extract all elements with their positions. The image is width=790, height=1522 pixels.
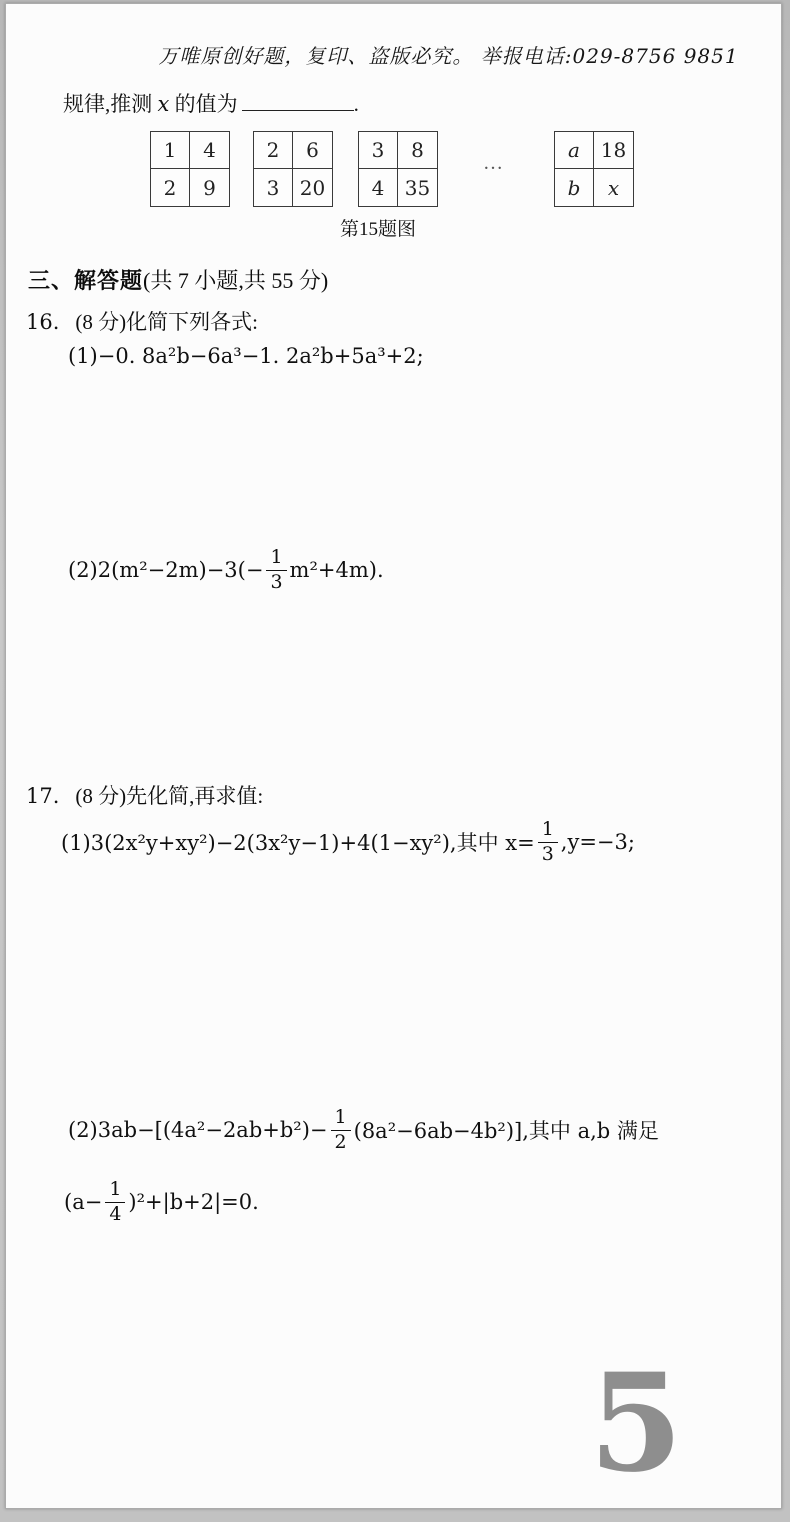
fraction-numerator: 1 <box>266 547 286 571</box>
question17-part2-formula-line2: (a−14)²+|b+2|=0. <box>64 1179 259 1226</box>
grid1-cell-bottom-right: 9 <box>190 169 229 206</box>
grid4-cell-bottom-left: b <box>555 169 594 206</box>
answer-blank-underline <box>242 91 354 111</box>
number-grid-1: 1 4 2 9 <box>150 131 230 207</box>
q17p1-pre: (1)3(2x²y+xy²)−2(3x²y−1)+4(1−xy²),其中 x= <box>61 827 535 857</box>
grid2-cell-top-right: 6 <box>293 132 332 169</box>
figure-caption: 第15题图 <box>258 214 498 241</box>
grid1-cell-bottom-left: 2 <box>151 169 190 206</box>
grids-ellipsis: … <box>483 152 506 175</box>
number-grid-2: 2 6 3 20 <box>253 131 333 207</box>
question17-heading: 17.(8 分)先化简,再求值: <box>26 780 263 810</box>
question16-part2-formula: (2)2(m²−2m)−3(−13m²+4m). <box>68 547 384 594</box>
grid4-cell-top-left: a <box>555 132 594 169</box>
grid4-cell-bottom-right: x <box>594 169 633 206</box>
q17p1-post: ,y=−3; <box>561 830 635 854</box>
fraction-one-third: 13 <box>266 547 286 594</box>
grid3-cell-bottom-left: 4 <box>359 169 398 206</box>
section3-heading: 三、解答题(共 7 小题,共 55 分) <box>28 264 328 295</box>
q17p2b-post: )²+|b+2|=0. <box>128 1190 258 1214</box>
question16-part1-formula: (1)−0. 8a²b−6a³−1. 2a²b+5a³+2; <box>68 344 424 368</box>
grid1-cell-top-right: 4 <box>190 132 229 169</box>
question17-part2-formula-line1: (2)3ab−[(4a²−2ab+b²)−12(8a²−6ab−4b²)],其中… <box>68 1107 659 1154</box>
question15-prompt: 规律,推测 x 的值为. <box>63 88 359 118</box>
fraction-denominator: 4 <box>109 1203 121 1226</box>
question16-heading: 16.(8 分)化简下列各式: <box>26 306 258 336</box>
anti-piracy-notice: 万唯原创好题，复印、盗版必究。 举报电话:029-8756 9851 <box>6 40 781 69</box>
grid2-cell-bottom-left: 3 <box>254 169 293 206</box>
section3-points: (共 7 小题,共 55 分) <box>143 268 328 293</box>
scanned-page-background: 万唯原创好题，复印、盗版必究。 举报电话:029-8756 9851 规律,推测… <box>0 0 790 1522</box>
q17p2a-pre: (2)3ab−[(4a²−2ab+b²)− <box>68 1118 328 1142</box>
grid2-cell-top-left: 2 <box>254 132 293 169</box>
fraction-denominator: 2 <box>335 1131 347 1154</box>
q15-period: . <box>354 92 359 116</box>
q17p2b-pre: (a− <box>64 1190 102 1214</box>
grid3-cell-bottom-right: 35 <box>398 169 437 206</box>
page-number: 5 <box>589 1355 683 1490</box>
fraction-denominator: 3 <box>542 843 554 866</box>
question16-instruction: (8 分)化简下列各式: <box>75 310 258 334</box>
number-grid-4: a 18 b x <box>554 131 634 207</box>
fraction-numerator: 1 <box>538 819 558 843</box>
fraction-one-third: 13 <box>538 819 558 866</box>
fraction-numerator: 1 <box>105 1179 125 1203</box>
grid2-cell-bottom-right: 20 <box>293 169 332 206</box>
section3-title: 三、解答题 <box>28 268 143 293</box>
fraction-numerator: 1 <box>331 1107 351 1131</box>
q15-prompt-post: 的值为 <box>169 92 237 116</box>
q17p2a-post: (8a²−6ab−4b²)],其中 a,b 满足 <box>354 1115 659 1145</box>
grid4-cell-top-right: 18 <box>594 132 633 169</box>
q16p2-post: m²+4m). <box>290 558 384 582</box>
number-grid-3: 3 8 4 35 <box>358 131 438 207</box>
grid3-cell-top-right: 8 <box>398 132 437 169</box>
question17-part1-formula: (1)3(2x²y+xy²)−2(3x²y−1)+4(1−xy²),其中 x=1… <box>61 819 635 866</box>
fraction-one-quarter: 14 <box>105 1179 125 1226</box>
question17-instruction: (8 分)先化简,再求值: <box>75 784 263 808</box>
question17-number: 17. <box>26 784 59 808</box>
grid3-cell-top-left: 3 <box>359 132 398 169</box>
q15-variable-x: x <box>158 92 170 116</box>
q15-prompt-pre: 规律,推测 <box>63 92 158 116</box>
question16-number: 16. <box>26 310 59 334</box>
q16p2-pre: (2)2(m²−2m)−3(− <box>68 558 263 582</box>
exam-page: 万唯原创好题，复印、盗版必究。 举报电话:029-8756 9851 规律,推测… <box>5 3 782 1509</box>
grid1-cell-top-left: 1 <box>151 132 190 169</box>
fraction-denominator: 3 <box>270 571 282 594</box>
fraction-one-half: 12 <box>331 1107 351 1154</box>
